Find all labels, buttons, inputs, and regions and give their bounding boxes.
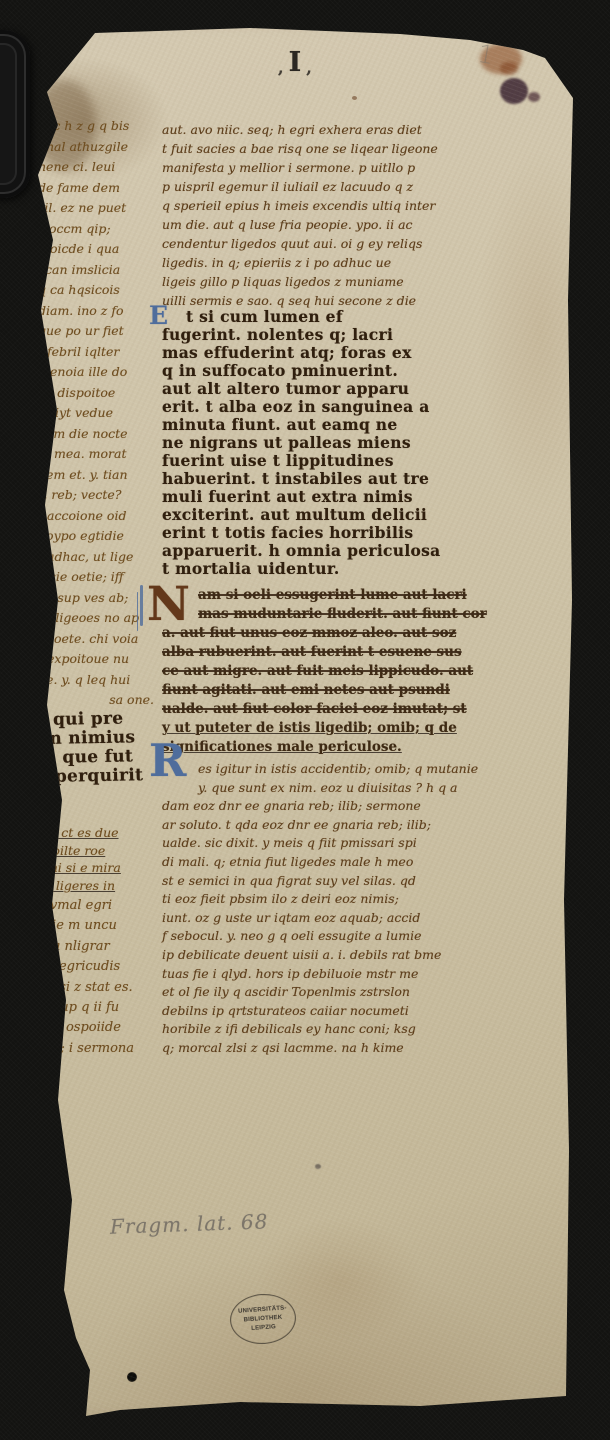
manuscript-text-line: muli fuerint aut extra nimis bbox=[162, 488, 474, 506]
manuscript-text-line: y. que sunt ex nim. eoz u diuisitas ? h … bbox=[162, 779, 474, 798]
manuscript-text-line: iunt. oz g uste ur iqtam eoz aquab; acci… bbox=[162, 909, 474, 928]
manuscript-text-line: q sperieil epius h imeis excendis ultiq … bbox=[162, 196, 474, 215]
left-cursive-bottom-section: o vmal egriorie m uncurua nligrarib; egr… bbox=[38, 896, 160, 1059]
main-text-column: aut. avo niic. seq; h egri exhera eras d… bbox=[162, 116, 474, 1076]
ink-stain bbox=[500, 78, 528, 104]
manuscript-text-line: mas muduntarie fluderit. aut fiunt cor bbox=[162, 605, 474, 624]
manuscript-text-line: hae ospoiide bbox=[38, 1018, 160, 1038]
manuscript-text-line: di mali. q; etnia fiut ligedes male h me… bbox=[162, 853, 474, 872]
manuscript-text-line: significationes male periculose. bbox=[162, 738, 474, 757]
manuscript-text-line: y. nup q ii fu bbox=[38, 998, 160, 1018]
manuscript-text-line: am ct es due bbox=[38, 824, 160, 842]
manuscript-text-line: as ligeres in bbox=[38, 877, 160, 895]
manuscript-text-line: t diyt vedue bbox=[38, 403, 160, 424]
manuscript-text-line: q ca hqsicois bbox=[38, 280, 160, 301]
manuscript-text-line: f sebocul. y. neo g q oeli essugite a lu… bbox=[162, 927, 474, 946]
manuscript-text-line: spoilte roe bbox=[38, 842, 160, 860]
manuscript-text-line: alba rubuerint. aut fuerint t esuene sus bbox=[162, 643, 474, 662]
manuscript-text-line: ualde. aut fiut color faciei eoz imutat;… bbox=[162, 700, 474, 719]
manuscript-text-line: et ol fie ily q ascidir Topenlmis zstrsl… bbox=[162, 983, 474, 1002]
manuscript-text-line: t si cum lumen ef bbox=[162, 308, 474, 326]
manuscript-text-line: ligeis gillo p liquas ligedos z muniame bbox=[162, 272, 474, 291]
left-underlined-section: am ct es duespoilte roe3mi si e miraas l… bbox=[38, 824, 160, 894]
manuscript-text-line: fuerint uise t lippitudines bbox=[162, 452, 474, 470]
manuscript-text-line: orie m uncu bbox=[38, 916, 160, 936]
manuscript-text-line: 3mi si e mira bbox=[38, 859, 160, 877]
manuscript-text-line: aut alt altero tumor apparu bbox=[162, 380, 474, 398]
manuscript-text-line: rua nligrar bbox=[38, 937, 160, 957]
manuscript-text-line: in mea. morat bbox=[38, 444, 160, 465]
wormhole bbox=[127, 1372, 137, 1382]
manuscript-text-line: diam. ino z fo bbox=[38, 301, 160, 322]
manuscript-text-line: ualde. sic dixit. y meis q fiit pmissari… bbox=[162, 834, 474, 853]
manuscript-text-line: a. aut fiut unus eoz mmoz aleo. aut soz bbox=[162, 624, 474, 643]
manuscript-text-line: y perquirit bbox=[38, 766, 160, 787]
manuscript-text-line: am si oeli essugerint lume aut lacri bbox=[162, 586, 474, 605]
main-struck-section: am si oeli essugerint lume aut lacrimas … bbox=[162, 586, 474, 757]
manuscript-text-line: mas effuderint atq; foras ex bbox=[162, 344, 474, 362]
main-cursive-intro-section: aut. avo niic. seq; h egri exhera eras d… bbox=[162, 120, 474, 310]
manuscript-text-line: sil. ez ne puet bbox=[38, 198, 160, 219]
manuscript-text-line: tuas fie i qlyd. hors ip debiluoie mstr … bbox=[162, 965, 474, 984]
manuscript-text-line: t febril iqlter bbox=[38, 342, 160, 363]
manuscript-photo: I 1 st c h z g q bisqnal athuzgilenene c… bbox=[0, 0, 610, 1440]
manuscript-text-line: ipoicde i qua bbox=[38, 239, 160, 260]
manuscript-text-line: ne nigrans ut palleas miens bbox=[162, 434, 474, 452]
manuscript-text-line: ne. y. q leq hui bbox=[38, 670, 160, 691]
manuscript-text-line: st c h z g q bis bbox=[38, 116, 160, 137]
manuscript-text-line: hem et. y. tian bbox=[38, 465, 160, 486]
decorated-initial-E: E bbox=[149, 303, 168, 328]
manuscript-text-line: erint t totis facies horribilis bbox=[162, 524, 474, 542]
book-cradle-clip bbox=[0, 30, 30, 198]
parchment-leaf: I 1 st c h z g q bisqnal athuzgilenene c… bbox=[0, 0, 610, 1440]
manuscript-text-line: p uispril egemur il iuliail ez lacuudo q… bbox=[162, 177, 474, 196]
manuscript-text-line: t adhac, ut lige bbox=[38, 547, 160, 568]
manuscript-text-line: ib; egricudis bbox=[38, 957, 160, 977]
manuscript-text-line: debilns ip qrtsturateos caiiar nocumeti bbox=[162, 1002, 474, 1021]
manuscript-text-line: apparuerit. h omnia periculosa bbox=[162, 542, 474, 560]
manuscript-text-line: es igitur in istis accidentib; omib; q m… bbox=[162, 760, 474, 779]
manuscript-text-line: um die. aut q luse fria peopie. ypo. ii … bbox=[162, 215, 474, 234]
manuscript-text-line: dam eoz dnr ee gnaria reb; ilib; sermone bbox=[162, 797, 474, 816]
manuscript-text-line: y, reb; vecte? bbox=[38, 485, 160, 506]
manuscript-text-line: ce aut migre. aut fuit meis lippicudo. a… bbox=[162, 662, 474, 681]
decorated-initial-R: R bbox=[149, 738, 186, 783]
manuscript-text-line: t mortalia uidentur. bbox=[162, 560, 474, 578]
quire-numeral: I bbox=[278, 47, 312, 78]
decorated-initial-N: N bbox=[147, 581, 190, 628]
pencil-folio-number: 1 bbox=[476, 39, 497, 70]
speck bbox=[352, 96, 357, 100]
manuscript-text-line: horibile z ifi debilicals ey hanc coni; … bbox=[162, 1020, 474, 1039]
manuscript-text-line: cersi z stat es. bbox=[38, 978, 160, 998]
manuscript-text-line: y occm qip; bbox=[38, 219, 160, 240]
manuscript-text-line: ccan imslicia bbox=[38, 260, 160, 281]
pencil-shelfmark: Fragm. lat. 68 bbox=[110, 1209, 269, 1239]
main-cursive-close-section: es igitur in istis accidentib; omib; q m… bbox=[162, 760, 474, 1058]
left-textura-section: r qui preon nimiusla que futy perquirit bbox=[38, 709, 160, 787]
stamp-text-line: LEIPZIG bbox=[251, 1323, 276, 1334]
manuscript-text-line: ar soluto. t qda eoz dnr ee gnaria reb; … bbox=[162, 816, 474, 835]
manuscript-text-line: manifesta y mellior i sermone. p uitllo … bbox=[162, 158, 474, 177]
manuscript-text-line: ligedis. in q; epieriis z i po adhuc ue bbox=[162, 253, 474, 272]
manuscript-text-line: t accoione oid bbox=[38, 506, 160, 527]
main-textura-section: t si cum lumen effugerint. nolentes q; l… bbox=[162, 308, 474, 578]
manuscript-text-line: por; i sermona bbox=[38, 1039, 160, 1059]
manuscript-text-line: que po ur fiet bbox=[38, 321, 160, 342]
manuscript-text-line: qnal athuzgile bbox=[38, 137, 160, 158]
manuscript-text-line: nene ci. leui bbox=[38, 157, 160, 178]
manuscript-text-line: t expoitoue nu bbox=[38, 649, 160, 670]
manuscript-text-line: r qui pre bbox=[38, 709, 160, 730]
manuscript-text-line: ne dispoitoe bbox=[38, 383, 160, 404]
manuscript-text-line: o vmal egri bbox=[38, 896, 160, 916]
manuscript-text-line: st e semici in qua figrat suy vel silas.… bbox=[162, 872, 474, 891]
manuscript-text-line: fugerint. nolentes q; lacri bbox=[162, 326, 474, 344]
manuscript-text-line: e. m die nocte bbox=[38, 424, 160, 445]
manuscript-text-line: fiunt agitati. aut emi netes aut psundi bbox=[162, 681, 474, 700]
manuscript-text-line: aut. avo niic. seq; h egri exhera eras d… bbox=[162, 120, 474, 139]
manuscript-text-line: exciterint. aut multum delicii bbox=[162, 506, 474, 524]
manuscript-text-line: q; morcal zlsi z qsi lacmme. na h kime bbox=[162, 1039, 474, 1058]
speck bbox=[315, 1164, 321, 1169]
rust-stain bbox=[500, 62, 518, 75]
manuscript-text-line: y ut puteter de istis ligedib; omib; q d… bbox=[162, 719, 474, 738]
manuscript-text-line: cendentur ligedos quut aui. oi g ey reli… bbox=[162, 234, 474, 253]
manuscript-text-line: pienoia ille do bbox=[38, 362, 160, 383]
manuscript-text-line: de fame dem bbox=[38, 178, 160, 199]
manuscript-text-line: minuta fiunt. aut eamq ne bbox=[162, 416, 474, 434]
ink-stain bbox=[528, 92, 540, 102]
manuscript-text-line: habuerint. t instabiles aut tre bbox=[162, 470, 474, 488]
manuscript-text-line: noypo egtidie bbox=[38, 526, 160, 547]
library-stamp: UNIVERSITÄTS-BIBLIOTHEKLEIPZIG bbox=[228, 1292, 297, 1346]
manuscript-text-line: ip debilicate deuent uisii a. i. debils … bbox=[162, 946, 474, 965]
manuscript-text-line: q in suffocato pminuerint. bbox=[162, 362, 474, 380]
manuscript-text-line: sa one. bbox=[38, 690, 160, 711]
manuscript-text-line: on nimius bbox=[38, 728, 160, 749]
manuscript-text-line: erit. t alba eoz in sanguinea a bbox=[162, 398, 474, 416]
manuscript-text-line: ti eoz fieit pbsim ilo z deiri eoz nimis… bbox=[162, 890, 474, 909]
manuscript-text-line: ligoete. chi voia bbox=[38, 629, 160, 650]
manuscript-text-line: t fuit sacies a bae risq one se liqear l… bbox=[162, 139, 474, 158]
